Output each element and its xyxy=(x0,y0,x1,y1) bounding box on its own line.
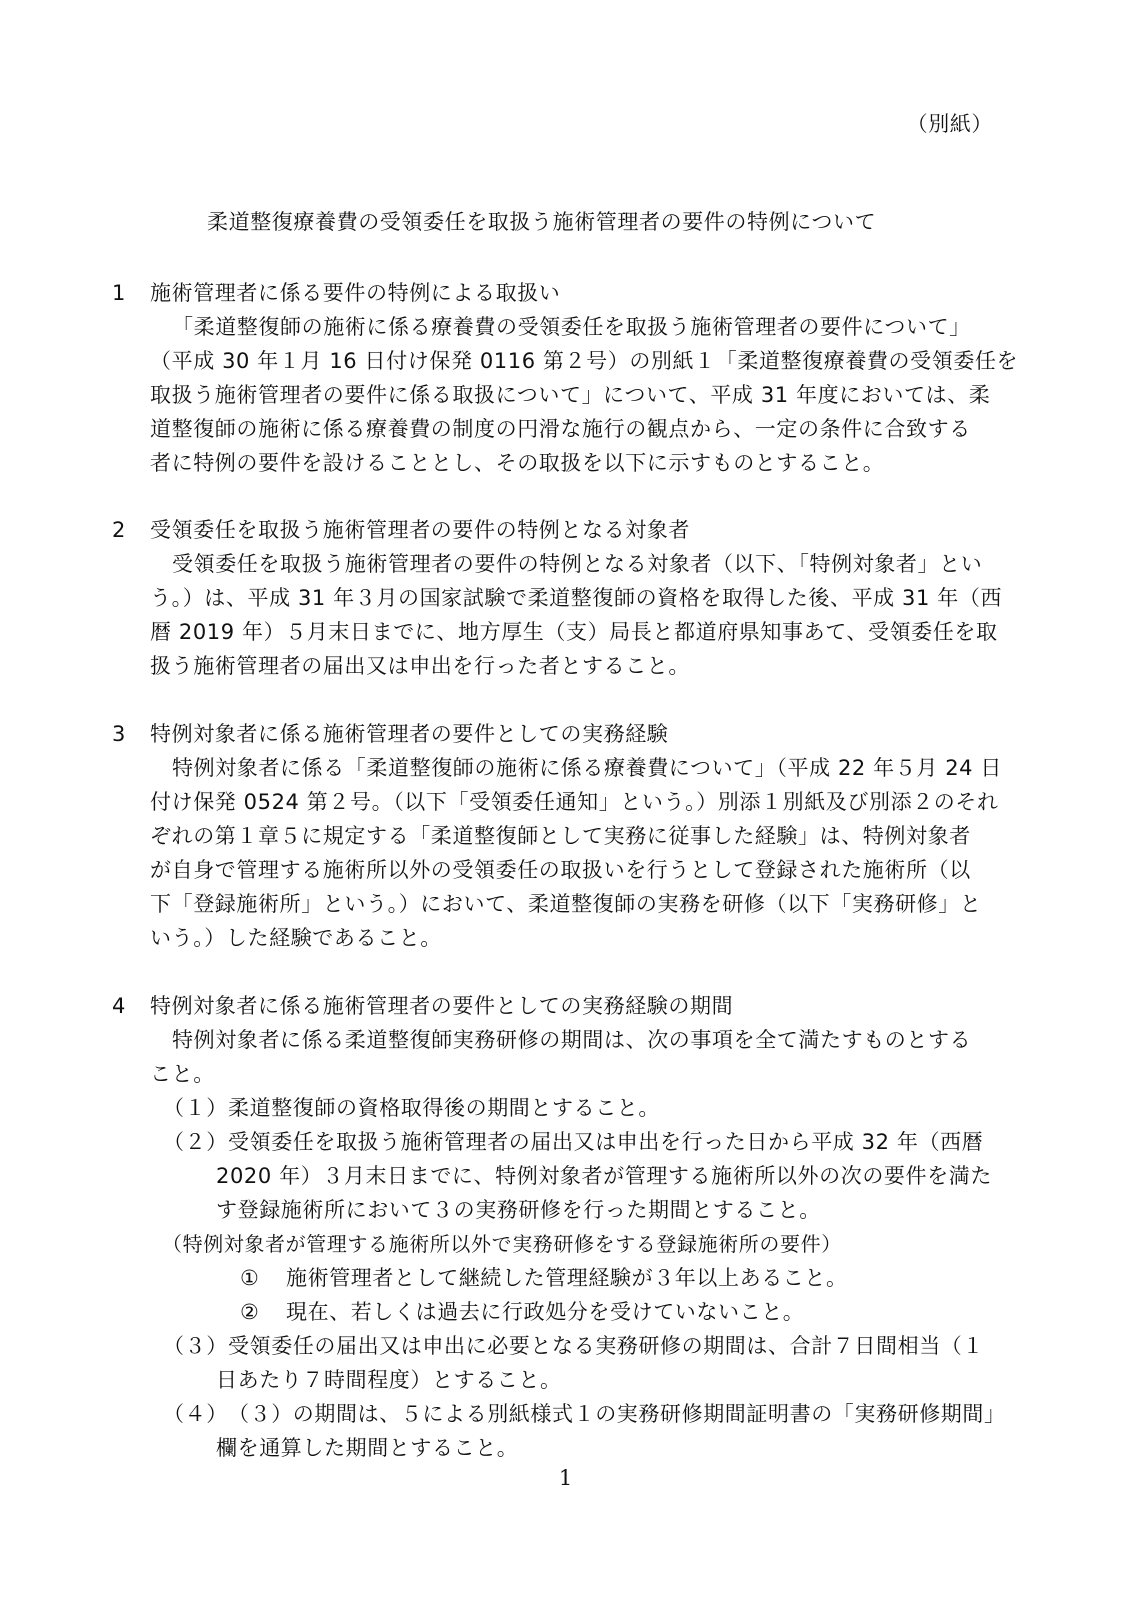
section-text-line: 暦 2019 年）５月末日までに、地方厚生（支）局長と都道府県知事あて、受領委任… xyxy=(150,618,998,646)
section-heading: 受領委任を取扱う施術管理者の要件の特例となる対象者 xyxy=(150,516,690,544)
item-text-line: 欄を通算した期間とすること。 xyxy=(216,1434,518,1462)
item-label: （１） xyxy=(163,1094,228,1122)
requirement-text: 現在、若しくは過去に行政処分を受けていないこと。 xyxy=(286,1298,804,1326)
section-text-line: 特例対象者に係る「柔道整復師の施術に係る療養費について」（平成 22 年５月 2… xyxy=(172,754,1002,782)
section-text-line: 取扱う施術管理者の要件に係る取扱について」について、平成 31 年度においては、… xyxy=(150,381,990,409)
attachment-label: （別紙） xyxy=(907,110,993,138)
requirement-label: ① xyxy=(240,1264,259,1292)
item-label: （３） xyxy=(163,1332,228,1360)
page-number: 1 xyxy=(0,1464,1131,1492)
section-text-line: 下「登録施術所」という。）において、柔道整復師の実務を研修（以下「実務研修」と xyxy=(150,890,981,918)
item-label: （４） xyxy=(163,1400,228,1428)
document-page: （別紙） 柔道整復療養費の受領委任を取扱う施術管理者の要件の特例について 1 施… xyxy=(0,0,1131,1600)
section-text-line: 「柔道整復師の施術に係る療養費の受領委任を取扱う施術管理者の要件について」 xyxy=(172,313,971,341)
item-text-line: 受領委任を取扱う施術管理者の届出又は申出を行った日から平成 32 年（西暦 xyxy=(228,1128,983,1156)
section-text-line: こと。 xyxy=(150,1060,215,1088)
section-text-line: ぞれの第１章５に規定する「柔道整復師として実務に従事した経験」は、特例対象者 xyxy=(150,822,971,850)
item-text-line: （３）の期間は、５による別紙様式１の実務研修期間証明書の「実務研修期間」 xyxy=(228,1400,1006,1428)
section-heading: 特例対象者に係る施術管理者の要件としての実務経験の期間 xyxy=(150,992,733,1020)
document-title: 柔道整復療養費の受領委任を取扱う施術管理者の要件の特例について xyxy=(207,208,876,236)
item-text-line: 日あたり７時間程度）とすること。 xyxy=(216,1366,562,1394)
section-text-line: う。）は、平成 31 年３月の国家試験で柔道整復師の資格を取得した後、平成 31… xyxy=(150,584,1002,612)
section-text-line: 付け保発 0524 第２号。（以下「受領委任通知」という。）別添１別紙及び別添２… xyxy=(150,788,999,816)
section-heading: 施術管理者に係る要件の特例による取扱い xyxy=(150,279,560,307)
section-heading: 特例対象者に係る施術管理者の要件としての実務経験 xyxy=(150,720,668,748)
section-text-line: 道整復師の施術に係る療養費の制度の円滑な施行の観点から、一定の条件に合致する xyxy=(150,415,971,443)
section-number: 4 xyxy=(112,992,125,1020)
section-number: 2 xyxy=(112,516,125,544)
item-text-line: 受領委任の届出又は申出に必要となる実務研修の期間は、合計７日間相当（１ xyxy=(228,1332,984,1360)
item-text-line: 柔道整復師の資格取得後の期間とすること。 xyxy=(228,1094,660,1122)
section-text-line: いう。）した経験であること。 xyxy=(150,924,442,952)
item-text-line: 2020 年）３月末日までに、特例対象者が管理する施術所以外の次の要件を満た xyxy=(216,1162,992,1190)
item-text-line: す登録施術所において３の実務研修を行った期間とすること。 xyxy=(216,1196,821,1224)
section-text-line: 扱う施術管理者の届出又は申出を行った者とすること。 xyxy=(150,652,690,680)
requirements-subheading: （特例対象者が管理する施術所以外で実務研修をする登録施術所の要件） xyxy=(162,1230,842,1258)
section-text-line: が自身で管理する施術所以外の受領委任の取扱いを行うとして登録された施術所（以 xyxy=(150,856,971,884)
section-text-line: 受領委任を取扱う施術管理者の要件の特例となる対象者（以下、「特例対象者」とい xyxy=(172,550,982,578)
section-text-line: （平成 30 年１月 16 日付け保発 0116 第２号）の別紙１「柔道整復療養… xyxy=(150,347,1018,375)
section-text-line: 特例対象者に係る柔道整復師実務研修の期間は、次の事項を全て満たすものとする xyxy=(172,1026,971,1054)
requirement-label: ② xyxy=(240,1298,259,1326)
section-number: 1 xyxy=(112,279,125,307)
requirement-text: 施術管理者として継続した管理経験が３年以上あること。 xyxy=(286,1264,848,1292)
section-number: 3 xyxy=(112,720,125,748)
item-label: （２） xyxy=(163,1128,228,1156)
section-text-line: 者に特例の要件を設けることとし、その取扱を以下に示すものとすること。 xyxy=(150,449,884,477)
